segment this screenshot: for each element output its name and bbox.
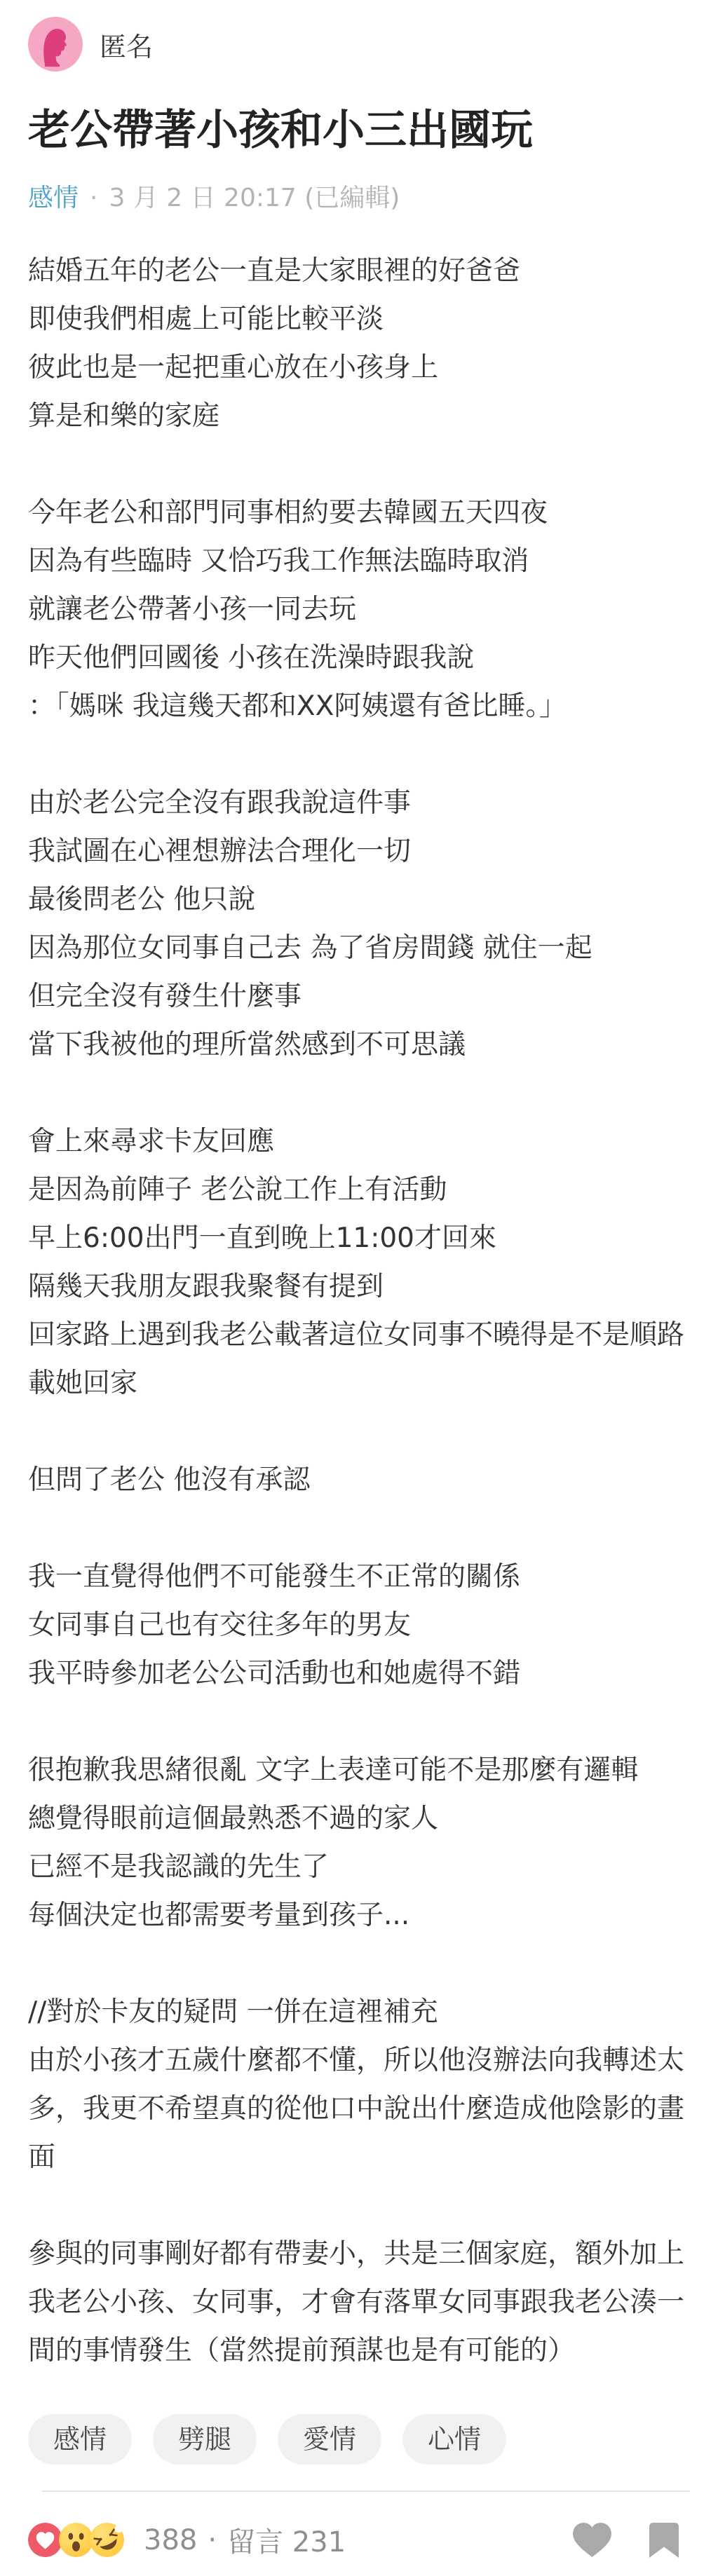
post-paragraph: [28, 2181, 690, 2230]
post-paragraph: 算是和樂的家庭: [28, 392, 690, 440]
surprised-reaction-icon: [59, 2523, 93, 2557]
timestamp: 3 月 2 日 20:17 (已編輯): [109, 182, 400, 214]
post-paragraph: [28, 730, 690, 779]
post-paragraph: 很抱歉我思緒很亂 文字上表達可能不是那麼有邏輯: [28, 1746, 690, 1794]
female-profile-icon: [28, 17, 83, 71]
post-paragraph: [28, 1940, 690, 1988]
post-header: 匿名: [28, 0, 690, 71]
tag-pill[interactable]: 愛情: [278, 2414, 381, 2465]
heart-reaction-icon: [28, 2523, 62, 2557]
tag-pill[interactable]: 劈腿: [153, 2414, 257, 2465]
post-paragraph: 即使我們相處上可能比較平淡: [28, 295, 690, 343]
post-paragraph: [28, 1698, 690, 1746]
divider: [42, 2490, 690, 2492]
post-paragraph: 會上來尋求卡友回應: [28, 1117, 690, 1166]
post-paragraph: 我試圖在心裡想辦法合理化一切: [28, 827, 690, 875]
post-paragraph: 已經不是我認識的先生了: [28, 1843, 690, 1891]
reaction-summary[interactable]: 388 · 留言 231: [28, 2520, 346, 2560]
post-paragraph: 當下我被他的理所當然感到不可思議: [28, 1021, 690, 1069]
stats-separator: ·: [208, 2524, 217, 2556]
tag-row: 感情 劈腿 愛情 心情: [28, 2414, 690, 2465]
reaction-stats: 388 · 留言 231: [144, 2520, 346, 2560]
post-paragraph: [28, 1069, 690, 1117]
post-paragraph: 彼此也是一起把重心放在小孩身上: [28, 343, 690, 392]
category-link[interactable]: 感情: [28, 182, 79, 214]
post-paragraph: 我平時參加老公公司活動也和她處得不錯: [28, 1649, 690, 1698]
bookmark-icon: [649, 2523, 679, 2558]
post-paragraph: 總覺得眼前這個最熟悉不過的家人: [28, 1794, 690, 1843]
post-paragraph: 隔幾天我朋友跟我聚餐有提到: [28, 1262, 690, 1311]
username: 匿名: [100, 25, 153, 64]
post-paragraph: [28, 1504, 690, 1553]
post-paragraph: 但完全沒有發生什麼事: [28, 972, 690, 1021]
post-paragraph: [28, 440, 690, 489]
reaction-count: 388: [144, 2524, 197, 2556]
footer-actions: [573, 2523, 690, 2558]
heart-icon: [573, 2523, 611, 2557]
post-paragraph: 最後問老公 他只說: [28, 875, 690, 924]
post-paragraph: 回家路上遇到我老公載著這位女同事不曉得是不是順路載她回家: [28, 1311, 690, 1408]
tag-pill[interactable]: 心情: [402, 2414, 506, 2465]
post-paragraph: 今年老公和部門同事相約要去韓國五天四夜: [28, 489, 690, 537]
tag-pill[interactable]: 感情: [28, 2414, 132, 2465]
post-paragraph: 是因為前陣子 老公說工作上有活動: [28, 1166, 690, 1214]
post-page: 匿名 老公帶著小孩和小三出國玩 感情 · 3 月 2 日 20:17 (已編輯)…: [0, 0, 718, 2560]
post-paragraph: 因為那位女同事自己去 為了省房間錢 就住一起: [28, 924, 690, 972]
post-paragraph: 參與的同事剛好都有帶妻小，共是三個家庭，額外加上我老公小孩、女同事，才會有落單女…: [28, 2230, 690, 2375]
post-paragraph: //對於卡友的疑問 一併在這裡補充: [28, 1988, 690, 2036]
anonymous-avatar: [28, 17, 83, 71]
post-paragraph: 每個決定也都需要考量到孩子...: [28, 1891, 690, 1940]
comment-count: 留言 231: [227, 2520, 346, 2560]
post-paragraph: 我一直覺得他們不可能發生不正常的關係: [28, 1553, 690, 1601]
post-paragraph: 女同事自己也有交往多年的男友: [28, 1601, 690, 1649]
post-paragraph: 由於小孩才五歲什麼都不懂，所以他沒辦法向我轉述太多，我更不希望真的從他口中說出什…: [28, 2036, 690, 2181]
post-meta: 感情 · 3 月 2 日 20:17 (已編輯): [28, 182, 690, 214]
post-paragraph: 早上6:00出門一直到晚上11:00才回來: [28, 1214, 690, 1262]
reaction-icons: [28, 2523, 124, 2557]
post-paragraph: 昨天他們回國後 小孩在洗澡時跟我說: [28, 634, 690, 682]
post-paragraph: 因為有些臨時 又恰巧我工作無法臨時取消: [28, 537, 690, 585]
post-paragraph: [28, 1408, 690, 1456]
post-paragraph: 由於老公完全沒有跟我說這件事: [28, 779, 690, 827]
rofl-reaction-icon: [90, 2523, 124, 2557]
meta-separator: ·: [90, 182, 97, 214]
post-paragraph: 結婚五年的老公一直是大家眼裡的好爸爸: [28, 247, 690, 295]
post-title: 老公帶著小孩和小三出國玩: [28, 107, 690, 154]
bookmark-button[interactable]: [649, 2523, 679, 2558]
post-paragraph: ：「媽咪 我這幾天都和XX阿姨還有爸比睡。」: [28, 682, 690, 730]
post-paragraph: 但問了老公 他沒有承認: [28, 1456, 690, 1504]
post-body: 結婚五年的老公一直是大家眼裡的好爸爸即使我們相處上可能比較平淡彼此也是一起把重心…: [28, 247, 690, 2375]
post-footer: 388 · 留言 231: [28, 2520, 690, 2560]
like-button[interactable]: [573, 2523, 611, 2557]
post-paragraph: 就讓老公帶著小孩一同去玩: [28, 585, 690, 634]
